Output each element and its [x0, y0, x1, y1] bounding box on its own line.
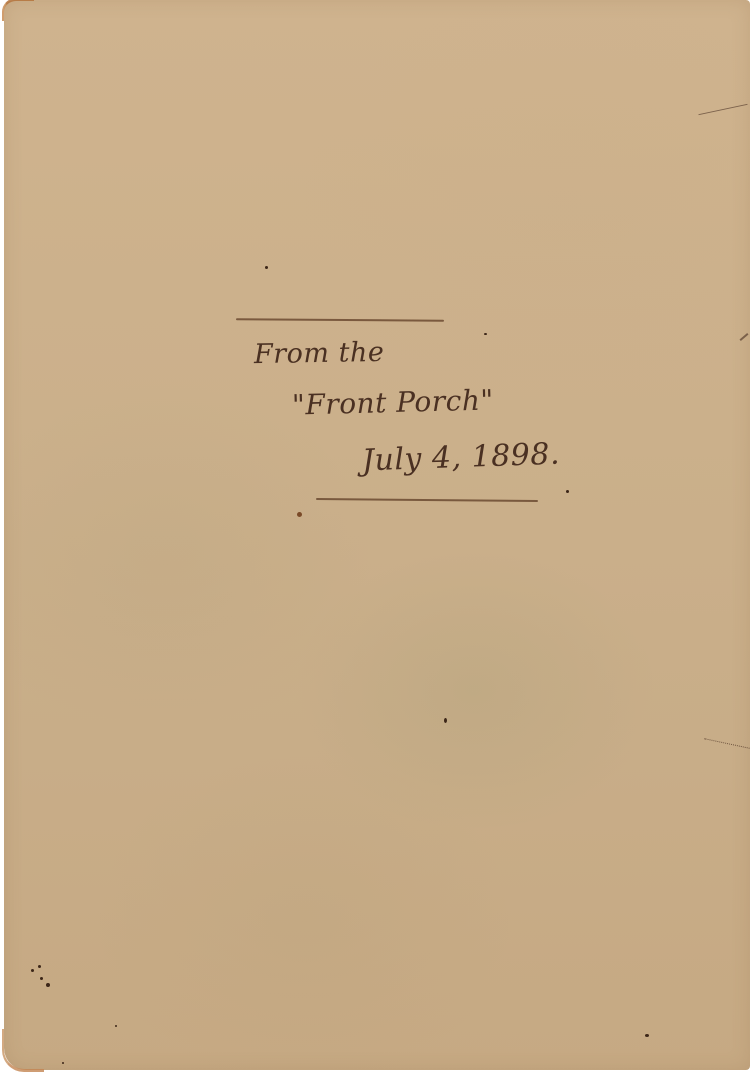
ink-speck: [115, 1025, 117, 1027]
inscription-line-2: "Front Porch": [292, 383, 495, 421]
upper-ink-rule: [236, 318, 444, 321]
ink-speck: [31, 969, 34, 972]
inscription-line-1: From the: [254, 337, 385, 370]
ink-speck: [38, 965, 41, 968]
inscription-date: July 4, 1898.: [361, 437, 560, 479]
ink-speck: [62, 1062, 64, 1064]
photo-card-back: From the "Front Porch" July 4, 1898.: [4, 0, 750, 1070]
ink-speck: [645, 1034, 649, 1037]
scratch-mark: [698, 104, 747, 115]
ink-speck: [40, 977, 43, 980]
scratch-mark: [740, 333, 749, 341]
ink-speck: [265, 266, 268, 269]
ink-speck: [566, 490, 569, 493]
scratch-mark: [704, 738, 749, 750]
lower-ink-rule: [316, 498, 538, 502]
ink-speck: [46, 983, 50, 987]
ink-speck: [297, 512, 302, 517]
ink-speck: [484, 333, 487, 335]
ink-speck: [444, 718, 447, 723]
